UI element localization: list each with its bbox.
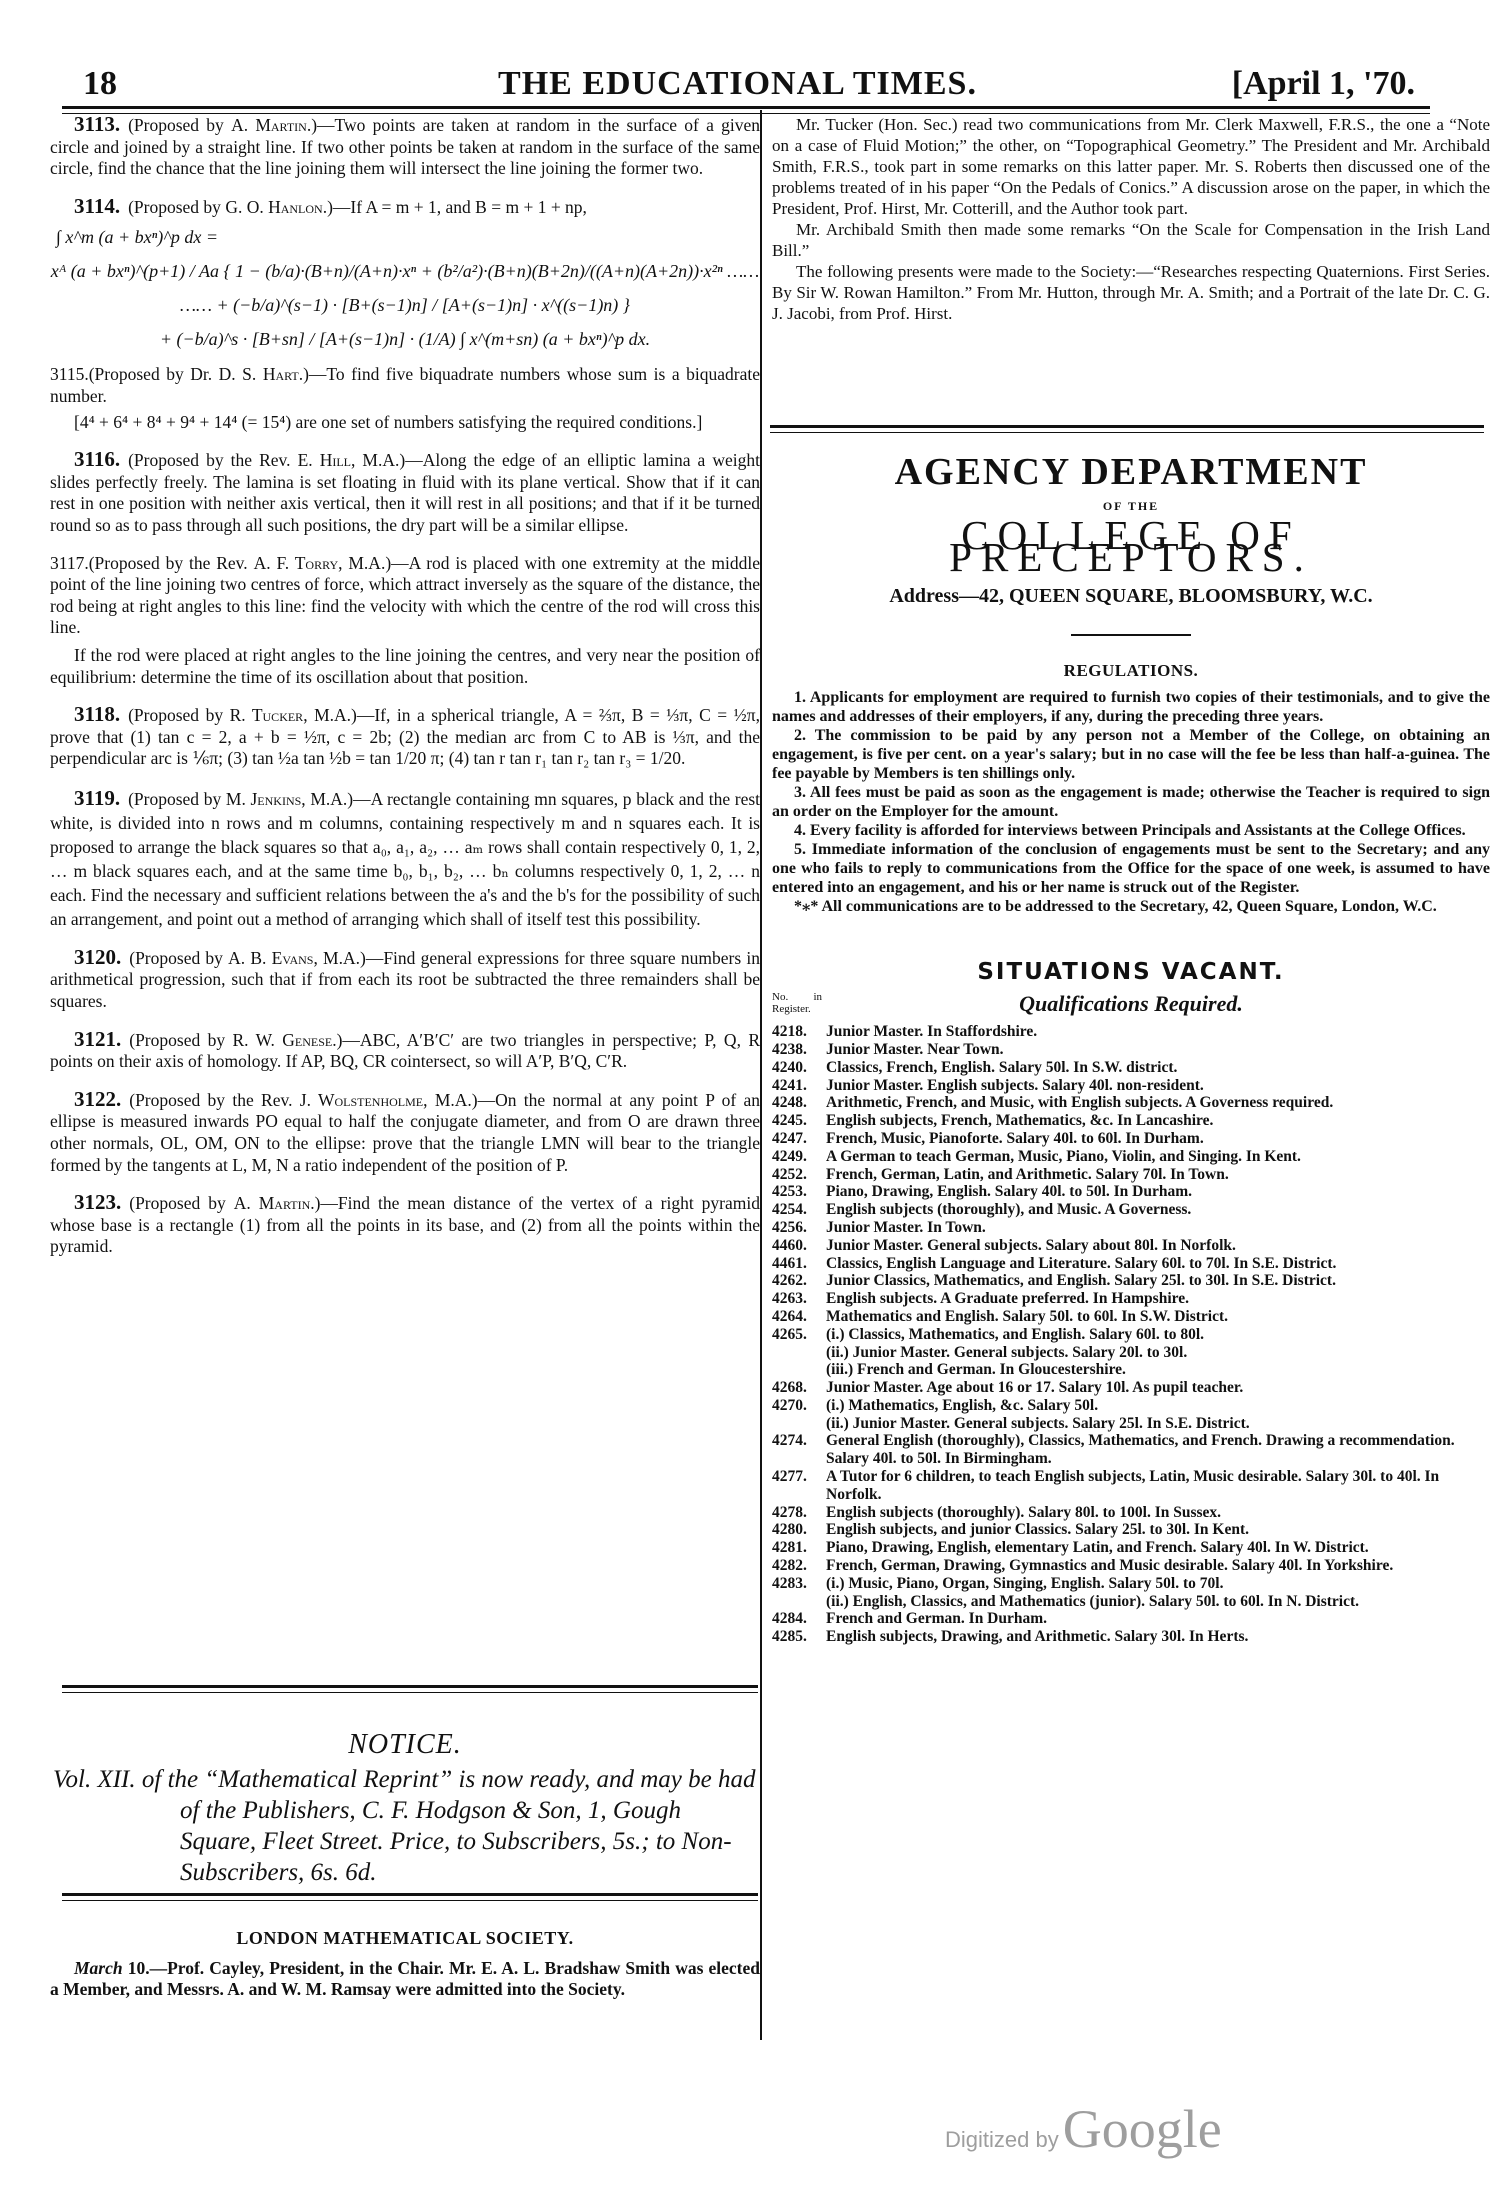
situation-description: English subjects (thoroughly). Salary 80… — [826, 1504, 1490, 1522]
problem-3119: 3119.(Proposed by M. Jenkins, M.A.)—A re… — [50, 786, 760, 931]
situation-description: French and German. In Durham. — [826, 1610, 1490, 1628]
register-number: 4240. — [772, 1059, 826, 1077]
situation-entry: 4256.Junior Master. In Town. — [772, 1219, 1490, 1237]
register-number: 4461. — [772, 1255, 826, 1273]
register-number: 4270. — [772, 1397, 826, 1415]
situation-description: A German to teach German, Music, Piano, … — [826, 1148, 1490, 1166]
register-number — [772, 1415, 826, 1433]
section-rule — [62, 1685, 758, 1688]
situation-entry: 4285.English subjects, Drawing, and Arit… — [772, 1628, 1490, 1646]
regulations-heading: REGULATIONS. — [772, 660, 1490, 682]
problem-3120: 3120.(Proposed by A. B. Evans, M.A.)—Fin… — [50, 947, 760, 1013]
register-number: 4249. — [772, 1148, 826, 1166]
situation-description: A Tutor for 6 children, to teach English… — [826, 1468, 1490, 1504]
lms-paragraph-3: Mr. Archibald Smith then made some remar… — [772, 219, 1490, 261]
regulation-item: 3. All fees must be paid as soon as the … — [772, 783, 1490, 821]
column-divider — [760, 110, 762, 2040]
situation-description: Classics, English Language and Literatur… — [826, 1255, 1490, 1273]
lms-heading: LONDON MATHEMATICAL SOCIETY. — [50, 1928, 760, 1950]
situation-description: Junior Master. Near Town. — [826, 1041, 1490, 1059]
problem-3123: 3123.(Proposed by A. Martin.)—Find the m… — [50, 1192, 760, 1258]
agency-title: AGENCY DEPARTMENT — [772, 462, 1490, 484]
formula-3114: ∫ x^m (a + bxⁿ)^p dx = xᴬ (a + bxⁿ)^(p+1… — [50, 220, 760, 356]
situation-entry: 4461.Classics, English Language and Lite… — [772, 1255, 1490, 1273]
situation-description: Junior Classics, Mathematics, and Englis… — [826, 1272, 1490, 1290]
situation-description: General English (thoroughly), Classics, … — [826, 1432, 1490, 1468]
situation-entry: 4254.English subjects (thoroughly), and … — [772, 1201, 1490, 1219]
situation-entry: 4245.English subjects, French, Mathemati… — [772, 1112, 1490, 1130]
regulation-item: 2. The commission to be paid by any pers… — [772, 726, 1490, 783]
register-number: 4241. — [772, 1077, 826, 1095]
situation-entry: 4252.French, German, Latin, and Arithmet… — [772, 1166, 1490, 1184]
lms-paragraph-1: March 10.—Prof. Cayley, President, in th… — [50, 1958, 760, 2001]
problem-3117: 3117.(Proposed by the Rev. A. F. Torry, … — [50, 553, 760, 639]
situation-entry: 4282.French, German, Drawing, Gymnastics… — [772, 1557, 1490, 1575]
situation-description: English subjects, and junior Classics. S… — [826, 1521, 1490, 1539]
note-3115: [4⁴ + 6⁴ + 8⁴ + 9⁴ + 14⁴ (= 15⁴) are one… — [50, 412, 760, 434]
situation-entry: 4240.Classics, French, English. Salary 5… — [772, 1059, 1490, 1077]
problem-3115: 3115.(Proposed by Dr. D. S. Hart.)—To fi… — [50, 364, 760, 407]
situation-entry: 4270.(i.) Mathematics, English, &c. Sala… — [772, 1397, 1490, 1415]
situation-entry: 4283.(i.) Music, Piano, Organ, Singing, … — [772, 1575, 1490, 1593]
regulation-note: *⁎* All communications are to be address… — [772, 897, 1490, 916]
register-number: 4264. — [772, 1308, 826, 1326]
register-number: 4277. — [772, 1468, 826, 1504]
register-number: 4238. — [772, 1041, 826, 1059]
problem-3116: 3116.(Proposed by the Rev. E. Hill, M.A.… — [50, 449, 760, 536]
issue-date: [April 1, '70. — [1232, 65, 1415, 103]
page-header: 18 THE EDUCATIONAL TIMES. [April 1, '70. — [45, 55, 1430, 105]
register-number: 4283. — [772, 1575, 826, 1593]
situation-entry: 4248.Arithmetic, French, and Music, with… — [772, 1094, 1490, 1112]
notice-body: Vol. XII. of the “Mathematical Reprint” … — [50, 1764, 760, 1888]
situation-description: (iii.) French and German. In Gloucesters… — [826, 1361, 1490, 1379]
situation-entry: 4249.A German to teach German, Music, Pi… — [772, 1148, 1490, 1166]
register-number: 4254. — [772, 1201, 826, 1219]
short-divider — [1071, 634, 1191, 636]
digitized-by-google-watermark: Digitized by Google — [945, 2098, 1222, 2160]
situation-entry: (ii.) Junior Master. General subjects. S… — [772, 1344, 1490, 1362]
situation-entry: (ii.) English, Classics, and Mathematics… — [772, 1593, 1490, 1611]
situation-entry: (ii.) Junior Master. General subjects. S… — [772, 1415, 1490, 1433]
note-3117: If the rod were placed at right angles t… — [50, 645, 760, 688]
problem-3114: 3114.(Proposed by G. O. Hanlon.)—If A = … — [50, 196, 760, 219]
situations-heading: SITUATIONS VACANT. — [772, 962, 1490, 984]
register-number — [772, 1361, 826, 1379]
situation-description: (i.) Mathematics, English, &c. Salary 50… — [826, 1397, 1490, 1415]
situation-description: (i.) Music, Piano, Organ, Singing, Engli… — [826, 1575, 1490, 1593]
publication-title: THE EDUCATIONAL TIMES. — [45, 65, 1430, 103]
situation-entry: 4274.General English (thoroughly), Class… — [772, 1432, 1490, 1468]
left-column: 3113.(Proposed by A. Martin.)—Two points… — [50, 114, 760, 1274]
section-rule — [62, 1893, 758, 1896]
situation-entry: 4247.French, Music, Pianoforte. Salary 4… — [772, 1130, 1490, 1148]
situation-entry: (iii.) French and German. In Gloucesters… — [772, 1361, 1490, 1379]
lms-paragraph-4: The following presents were made to the … — [772, 261, 1490, 324]
situation-entry: 4278.English subjects (thoroughly). Sala… — [772, 1504, 1490, 1522]
register-number: 4247. — [772, 1130, 826, 1148]
situation-entry: 4264.Mathematics and English. Salary 50l… — [772, 1308, 1490, 1326]
situation-description: (i.) Classics, Mathematics, and English.… — [826, 1326, 1490, 1344]
situation-description: Classics, French, English. Salary 50l. I… — [826, 1059, 1490, 1077]
notice-heading: NOTICE. — [50, 1734, 760, 1756]
register-number: 4278. — [772, 1504, 826, 1522]
college-title: COLLEGE OF PRECEPTORS. — [772, 525, 1490, 568]
situation-description: Junior Master. In Town. — [826, 1219, 1490, 1237]
section-rule — [770, 425, 1484, 428]
register-number — [772, 1593, 826, 1611]
register-number — [772, 1344, 826, 1362]
situation-description: English subjects. A Graduate preferred. … — [826, 1290, 1490, 1308]
situation-description: Arithmetic, French, and Music, with Engl… — [826, 1094, 1490, 1112]
newspaper-page: 18 THE EDUCATIONAL TIMES. [April 1, '70.… — [0, 0, 1504, 2198]
register-number: 4280. — [772, 1521, 826, 1539]
situation-description: Junior Master. English subjects. Salary … — [826, 1077, 1490, 1095]
situation-entry: 4265.(i.) Classics, Mathematics, and Eng… — [772, 1326, 1490, 1344]
situation-entry: 4253.Piano, Drawing, English. Salary 40l… — [772, 1183, 1490, 1201]
google-logo: Google — [1063, 2099, 1222, 2159]
regulation-item: 5. Immediate information of the conclusi… — [772, 840, 1490, 897]
situation-entry: 4241.Junior Master. English subjects. Sa… — [772, 1077, 1490, 1095]
register-number: 4253. — [772, 1183, 826, 1201]
regulation-item: 1. Applicants for employment are require… — [772, 688, 1490, 726]
register-number: 4256. — [772, 1219, 826, 1237]
problem-3121: 3121.(Proposed by R. W. Genese.)—ABC, A′… — [50, 1029, 760, 1073]
regulations-list: 1. Applicants for employment are require… — [772, 688, 1490, 916]
register-number: 4268. — [772, 1379, 826, 1397]
situation-description: Piano, Drawing, English, elementary Lati… — [826, 1539, 1490, 1557]
problem-3122: 3122.(Proposed by the Rev. J. Wolstenhol… — [50, 1089, 760, 1176]
register-number: 4274. — [772, 1432, 826, 1468]
register-number: 4284. — [772, 1610, 826, 1628]
situation-entry: 4277.A Tutor for 6 children, to teach En… — [772, 1468, 1490, 1504]
register-number: 4282. — [772, 1557, 826, 1575]
situation-description: (ii.) Junior Master. General subjects. S… — [826, 1415, 1490, 1433]
agency-address: Address—42, QUEEN SQUARE, BLOOMSBURY, W.… — [772, 586, 1490, 608]
agency-section: AGENCY DEPARTMENT OF THE COLLEGE OF PREC… — [772, 462, 1490, 1646]
lms-section: LONDON MATHEMATICAL SOCIETY. March 10.—P… — [50, 1928, 760, 2001]
regulation-item: 4. Every facility is afforded for interv… — [772, 821, 1490, 840]
situation-entry: 4281.Piano, Drawing, English, elementary… — [772, 1539, 1490, 1557]
register-number: 4263. — [772, 1290, 826, 1308]
situation-entry: 4238.Junior Master. Near Town. — [772, 1041, 1490, 1059]
lms-paragraph-2: Mr. Tucker (Hon. Sec.) read two communic… — [772, 114, 1490, 219]
header-rule — [62, 106, 1430, 109]
situation-entry: 4218.Junior Master. In Staffordshire. — [772, 1023, 1490, 1041]
situation-entry: 4284.French and German. In Durham. — [772, 1610, 1490, 1628]
situation-description: Piano, Drawing, English. Salary 40l. to … — [826, 1183, 1490, 1201]
situation-description: English subjects, Drawing, and Arithmeti… — [826, 1628, 1490, 1646]
situation-description: French, German, Latin, and Arithmetic. S… — [826, 1166, 1490, 1184]
register-number: 4285. — [772, 1628, 826, 1646]
notice-section: NOTICE. Vol. XII. of the “Mathematical R… — [50, 1710, 760, 1888]
situation-entry: 4263.English subjects. A Graduate prefer… — [772, 1290, 1490, 1308]
situation-description: (ii.) Junior Master. General subjects. S… — [826, 1344, 1490, 1362]
register-number: 4252. — [772, 1166, 826, 1184]
register-number: 4262. — [772, 1272, 826, 1290]
lms-continued: Mr. Tucker (Hon. Sec.) read two communic… — [772, 114, 1490, 324]
register-number: 4218. — [772, 1023, 826, 1041]
situation-entry: 4280.English subjects, and junior Classi… — [772, 1521, 1490, 1539]
situation-description: French, German, Drawing, Gymnastics and … — [826, 1557, 1490, 1575]
situation-entry: 4460.Junior Master. General subjects. Sa… — [772, 1237, 1490, 1255]
situation-entry: 4262.Junior Classics, Mathematics, and E… — [772, 1272, 1490, 1290]
qualifications-label: Qualifications Required. — [772, 993, 1490, 1015]
situations-list: 4218.Junior Master. In Staffordshire.423… — [772, 1023, 1490, 1646]
problem-3118: 3118.(Proposed by R. Tucker, M.A.)—If, i… — [50, 704, 760, 770]
problem-3113: 3113.(Proposed by A. Martin.)—Two points… — [50, 114, 760, 180]
situation-description: French, Music, Pianoforte. Salary 40l. t… — [826, 1130, 1490, 1148]
situation-entry: 4268.Junior Master. Age about 16 or 17. … — [772, 1379, 1490, 1397]
situation-description: Mathematics and English. Salary 50l. to … — [826, 1308, 1490, 1326]
register-number: 4460. — [772, 1237, 826, 1255]
register-number: 4245. — [772, 1112, 826, 1130]
register-number: 4248. — [772, 1094, 826, 1112]
situation-description: English subjects (thoroughly), and Music… — [826, 1201, 1490, 1219]
situation-description: Junior Master. In Staffordshire. — [826, 1023, 1490, 1041]
register-number: 4281. — [772, 1539, 826, 1557]
situation-description: (ii.) English, Classics, and Mathematics… — [826, 1593, 1490, 1611]
situation-description: Junior Master. Age about 16 or 17. Salar… — [826, 1379, 1490, 1397]
register-number: 4265. — [772, 1326, 826, 1344]
situation-description: English subjects, French, Mathematics, &… — [826, 1112, 1490, 1130]
situation-description: Junior Master. General subjects. Salary … — [826, 1237, 1490, 1255]
